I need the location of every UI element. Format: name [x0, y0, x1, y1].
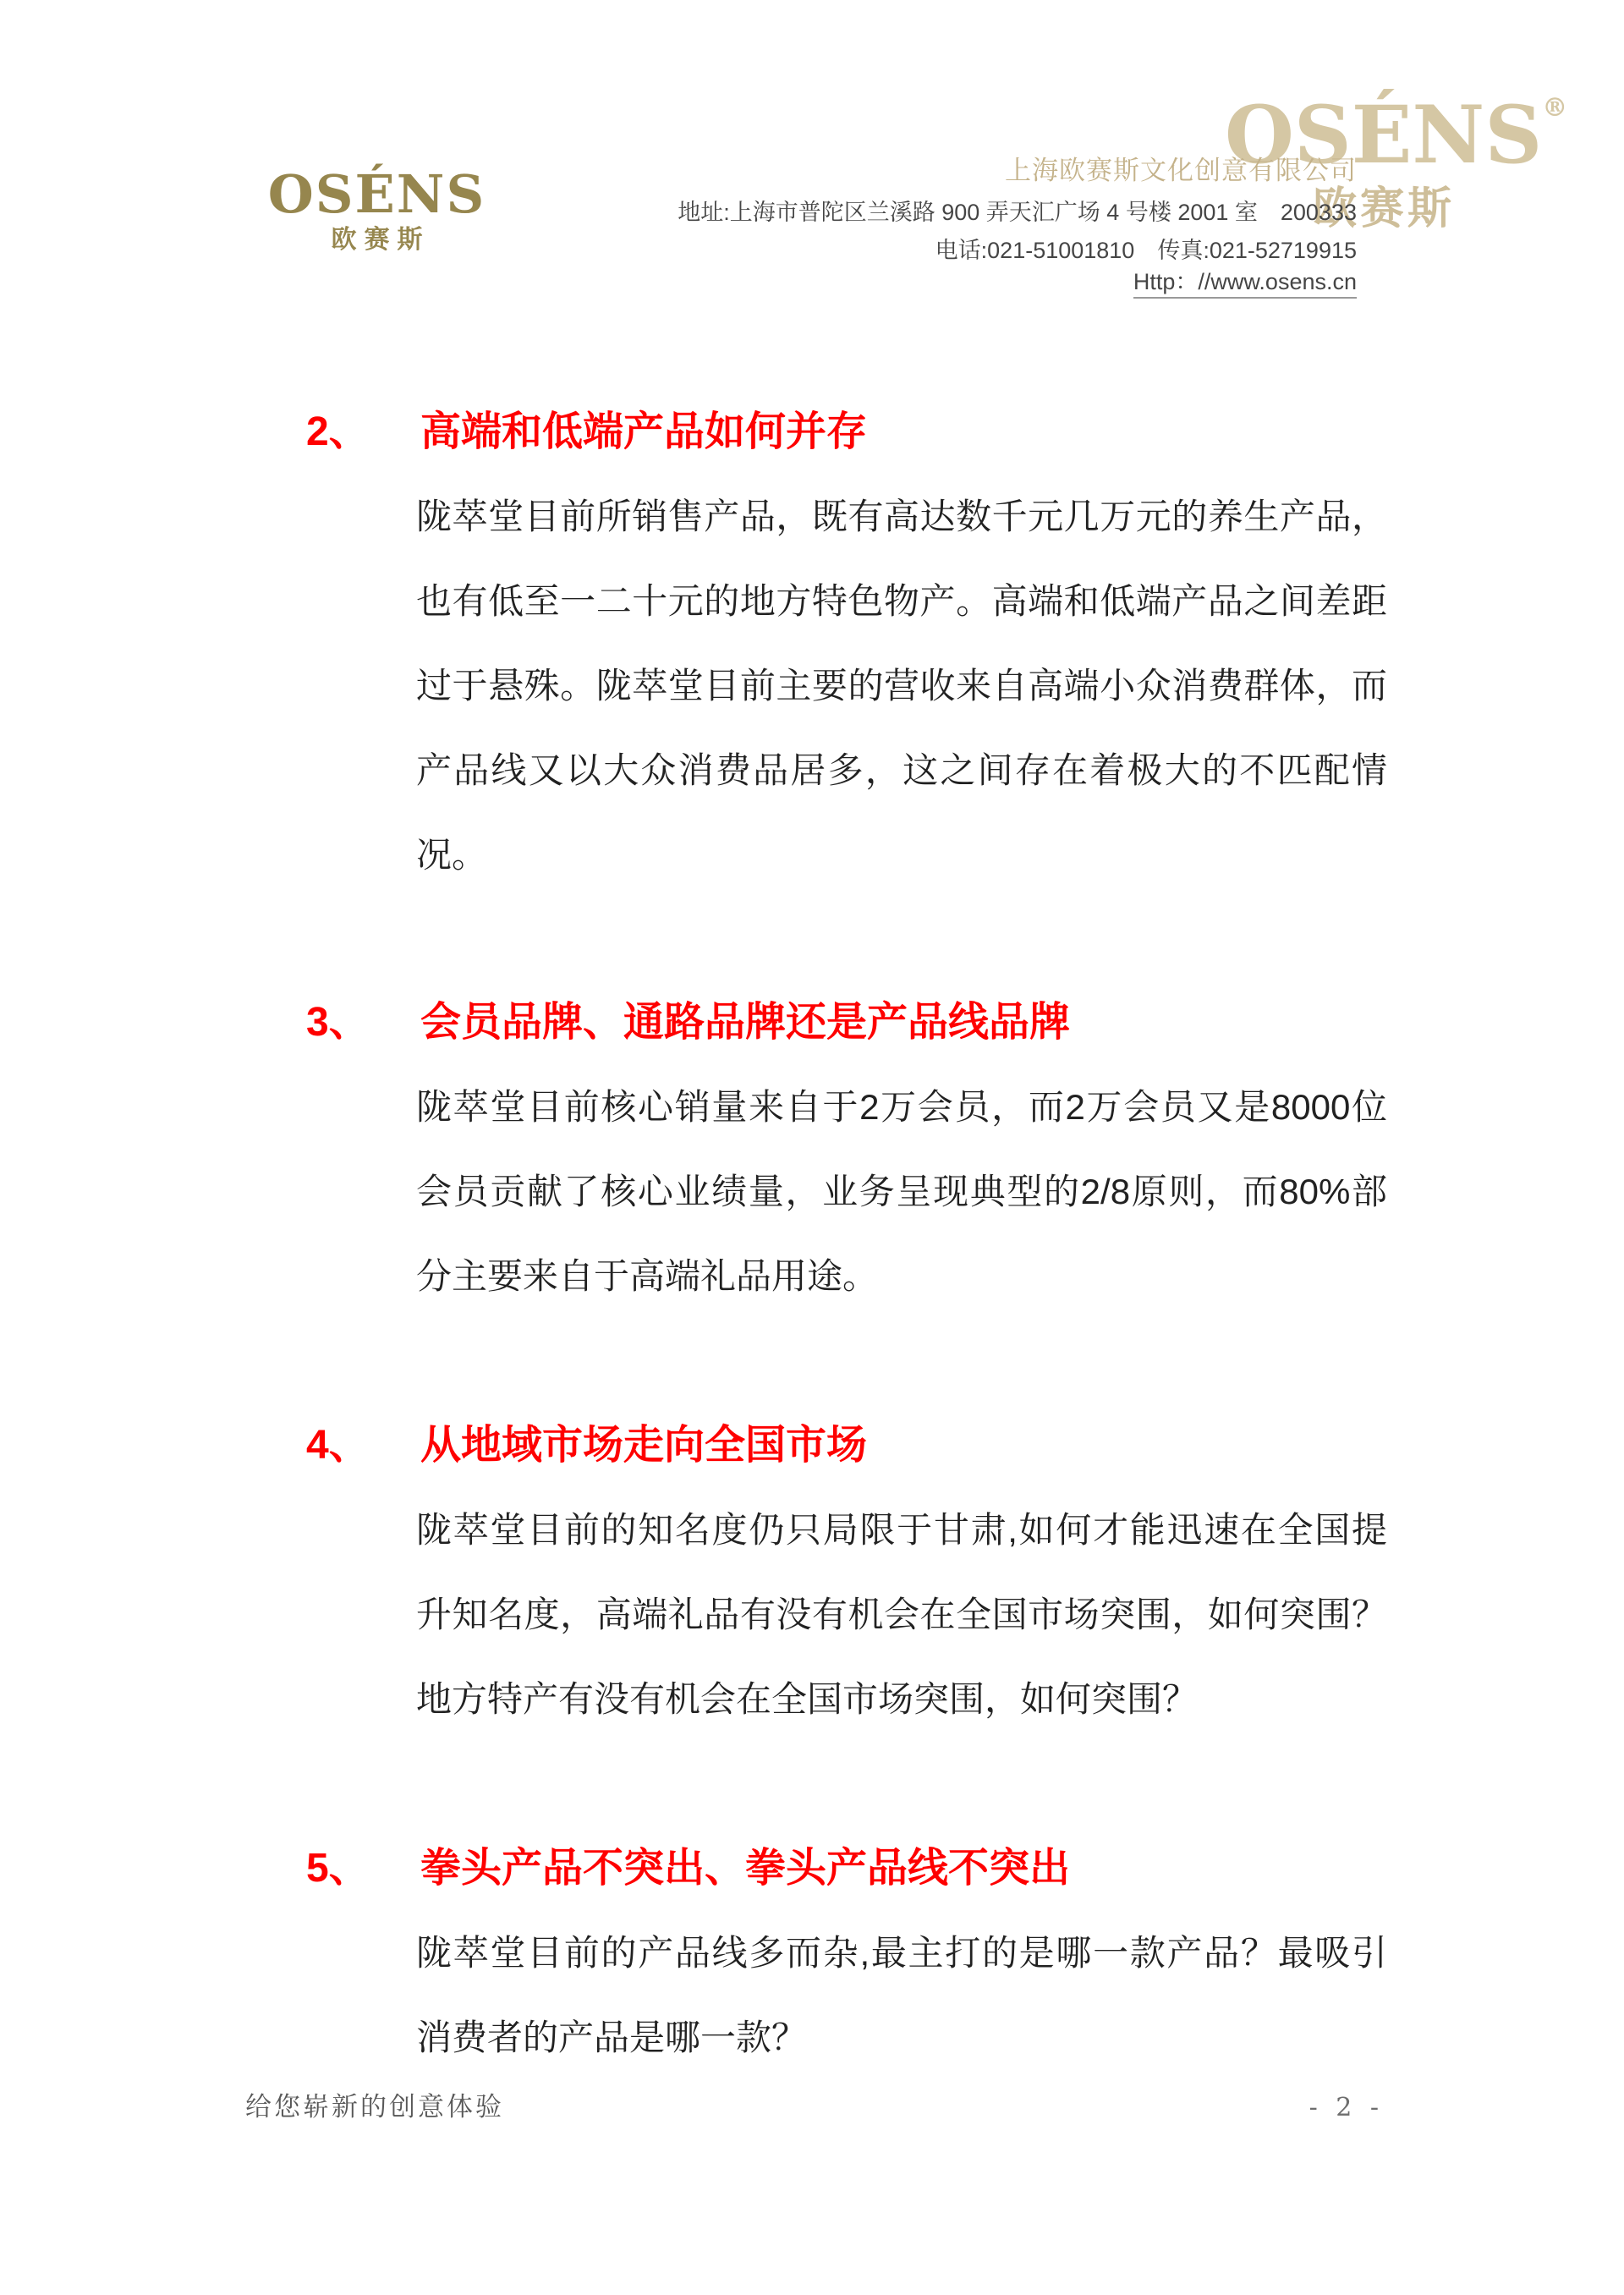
paragraph-line: 陇萃堂目前所销售产品，既有高达数千元几万元的养生产品， [416, 499, 1387, 535]
paragraph-line: 陇萃堂目前的产品线多而杂,最主打的是哪一款产品？最吸引 [416, 1935, 1387, 1971]
footer-slogan: 给您崭新的创意体验 [245, 2093, 504, 2122]
company-name: 上海欧赛斯文化创意有限公司 [678, 157, 1357, 184]
section-2: 2、高端和低端产品如何并存 陇萃堂目前所销售产品，既有高达数千元几万元的养生产品… [306, 410, 1393, 922]
section-5-heading: 5、拳头产品不突出、拳头产品线不突出 [306, 1847, 1393, 1891]
paragraph-line: 过于悬殊。陇萃堂目前主要的营收来自高端小众消费群体，而 [416, 668, 1387, 704]
osens-logo: OSÉNS 欧赛斯 [261, 167, 493, 254]
company-website-link[interactable]: Http：//www.osens.cn [1133, 270, 1357, 299]
section-5-number: 5、 [306, 1847, 420, 1891]
paragraph-line: 地方特产有没有机会在全国市场突围，如何突围？ [416, 1682, 1387, 1717]
registered-trademark-icon: ® [1542, 93, 1567, 123]
section-4-heading: 4、从地域市场走向全国市场 [306, 1424, 1393, 1468]
section-5: 5、拳头产品不突出、拳头产品线不突出 陇萃堂目前的产品线多而杂,最主打的是哪一款… [306, 1847, 1393, 2105]
document-page: OSÉNS 欧赛斯 OSÉNS® 欧赛斯 上海欧赛斯文化创意有限公司 地址:上海… [0, 0, 1624, 2295]
paragraph-line: 消费者的产品是哪一款？ [416, 2020, 1387, 2056]
paragraph-line: 陇萃堂目前的知名度仍只局限于甘肃,如何才能迅速在全国提 [416, 1513, 1387, 1548]
section-4-title: 从地域市场走向全国市场 [420, 1423, 867, 1468]
section-3-number: 3、 [306, 1001, 420, 1045]
section-2-title: 高端和低端产品如何并存 [420, 409, 867, 454]
paragraph-line: 也有低至一二十元的地方特色物产。高端和低端产品之间差距 [416, 584, 1387, 619]
section-2-heading: 2、高端和低端产品如何并存 [306, 410, 1393, 454]
section-3: 3、会员品牌、通路品牌还是产品线品牌 陇萃堂目前核心销量来自于2万会员，而2万会… [306, 1001, 1393, 1343]
paragraph-line: 产品线又以大众消费品居多，这之间存在着极大的不匹配情 [416, 753, 1387, 788]
section-2-body: 陇萃堂目前所销售产品，既有高达数千元几万元的养生产品， 也有低至一二十元的地方特… [416, 499, 1387, 873]
section-4: 4、从地域市场走向全国市场 陇萃堂目前的知名度仍只局限于甘肃,如何才能迅速在全国… [306, 1424, 1393, 1766]
section-5-body: 陇萃堂目前的产品线多而杂,最主打的是哪一款产品？最吸引 消费者的产品是哪一款？ [416, 1935, 1387, 2056]
section-4-body: 陇萃堂目前的知名度仍只局限于甘肃,如何才能迅速在全国提 升知名度，高端礼品有没有… [416, 1513, 1387, 1717]
paragraph-line: 会员贡献了核心业绩量，业务呈现典型的2/8原则，而80%部 [416, 1174, 1387, 1210]
section-3-heading: 3、会员品牌、通路品牌还是产品线品牌 [306, 1001, 1393, 1045]
company-website-row: Http：//www.osens.cn [678, 270, 1357, 299]
company-phone-fax: 电话:021-51001810 传真:021-52719915 [678, 239, 1357, 262]
section-5-title: 拳头产品不突出、拳头产品线不突出 [420, 1846, 1070, 1891]
section-4-number: 4、 [306, 1424, 420, 1468]
paragraph-line: 况。 [416, 837, 1387, 873]
osens-logo-chinese: 欧赛斯 [261, 227, 493, 254]
section-2-number: 2、 [306, 410, 420, 454]
osens-logo-wordmark: OSÉNS [261, 167, 493, 222]
company-address: 地址:上海市普陀区兰溪路 900 弄天汇广场 4 号楼 2001 室 20033… [678, 200, 1357, 224]
paragraph-line: 升知名度，高端礼品有没有机会在全国市场突围，如何突围？ [416, 1597, 1387, 1633]
paragraph-line: 陇萃堂目前核心销量来自于2万会员，而2万会员又是8000位 [416, 1090, 1387, 1125]
paragraph-line: 分主要来自于高端礼品用途。 [416, 1259, 1387, 1294]
page-number: - 2 - [1309, 2095, 1384, 2122]
letterhead-info: 上海欧赛斯文化创意有限公司 地址:上海市普陀区兰溪路 900 弄天汇广场 4 号… [678, 157, 1357, 299]
section-3-title: 会员品牌、通路品牌还是产品线品牌 [420, 1000, 1070, 1045]
section-3-body: 陇萃堂目前核心销量来自于2万会员，而2万会员又是8000位 会员贡献了核心业绩量… [416, 1090, 1387, 1294]
